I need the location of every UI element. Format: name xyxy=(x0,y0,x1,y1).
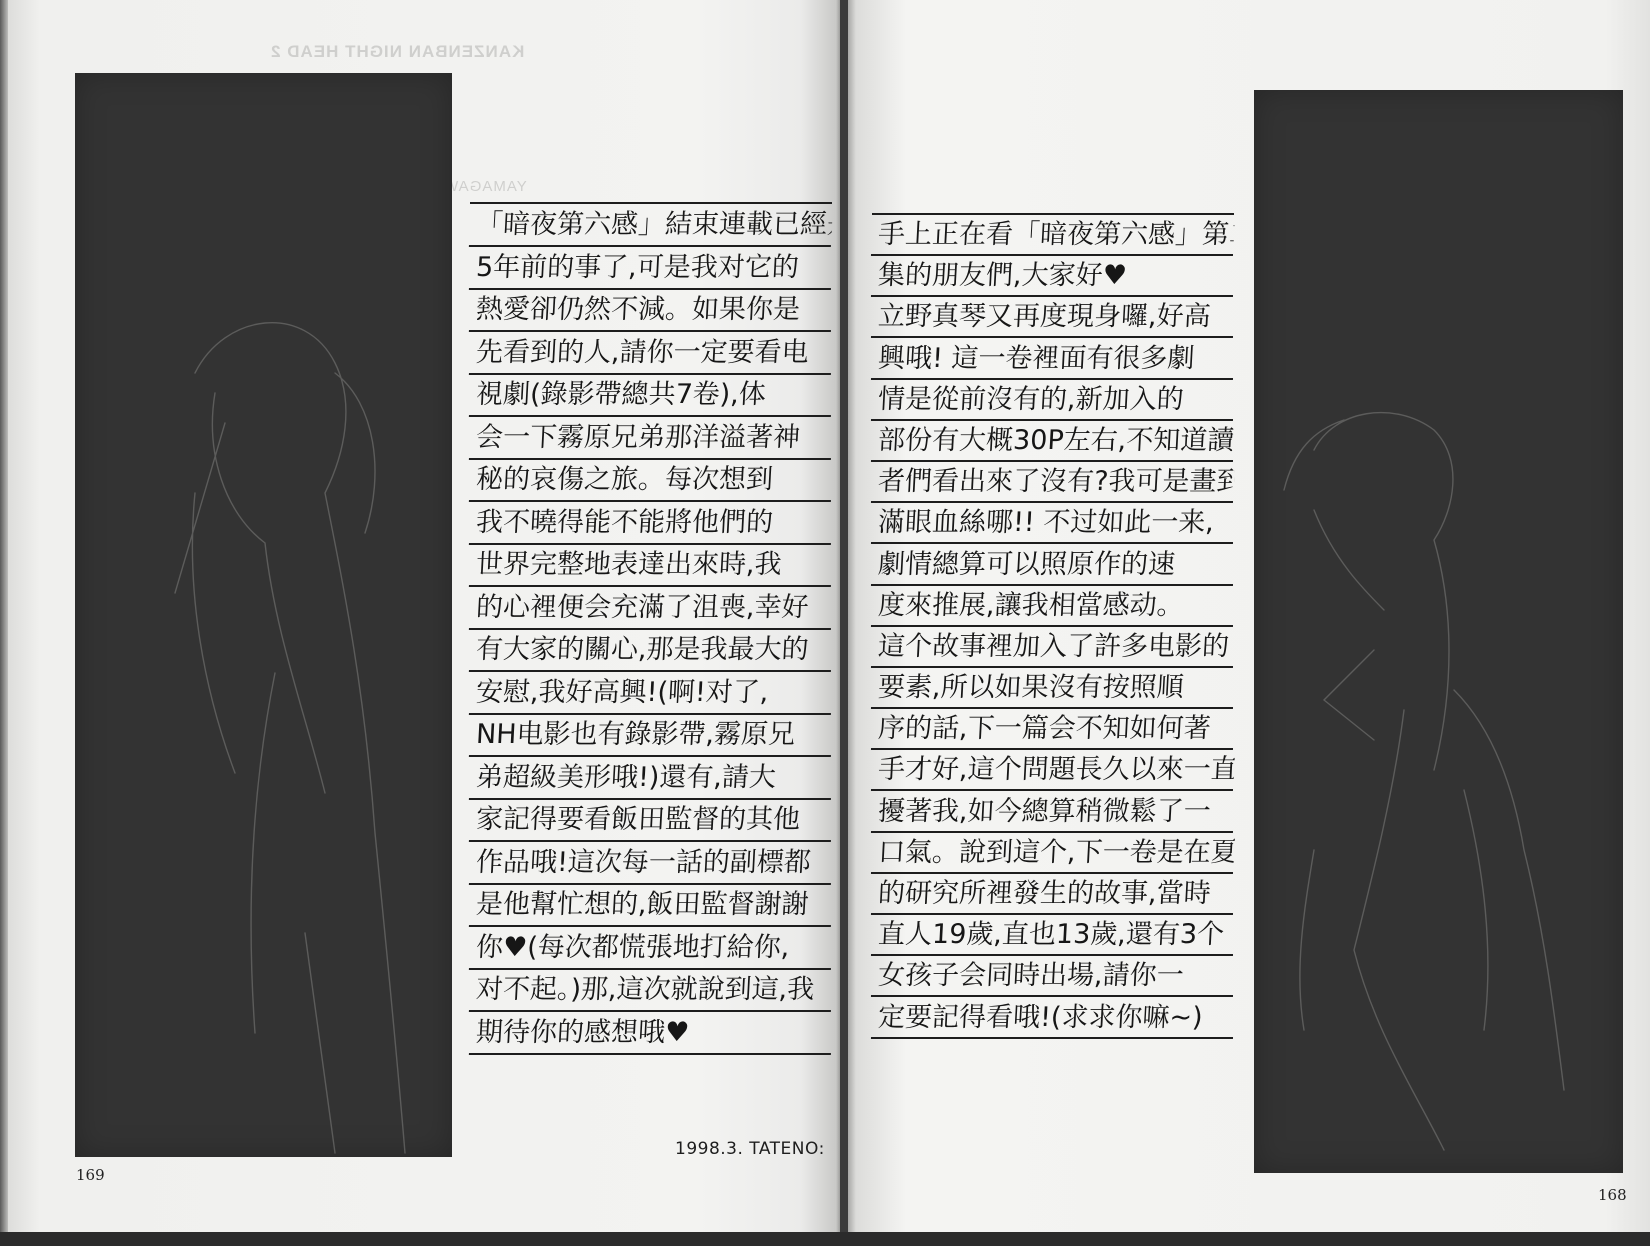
text-line: 会一下霧原兄弟那洋溢著神 xyxy=(469,417,833,460)
text-line: 先看到的人,請你一定要看电 xyxy=(469,332,833,375)
text-line: 劇情總算可以照原作的速 xyxy=(871,545,1235,586)
right-illustration-panel xyxy=(1254,90,1623,1173)
author-signature: 1998.3. TATENO: xyxy=(675,1139,825,1159)
text-line: 「暗夜第六感」結束連載已經是 xyxy=(469,204,833,247)
book-gutter xyxy=(840,0,848,1232)
text-line: 你♥(每次都慌張地打給你, xyxy=(469,927,833,970)
text-line: 的心裡便会充滿了沮喪,幸好 xyxy=(469,587,833,630)
text-line: 者們看出來了沒有?我可是畫到 xyxy=(871,462,1235,503)
text-line: 這个故事裡加入了許多电影的 xyxy=(871,627,1235,668)
text-line: 女孩子会同時出場,請你一 xyxy=(871,956,1235,997)
text-line: 集的朋友們,大家好♥ xyxy=(871,256,1235,297)
text-line: 滿眼血絲哪!! 不过如此一来, xyxy=(871,503,1235,544)
text-line: 熱愛卻仍然不減。如果你是 xyxy=(469,289,833,332)
scan-bottom-edge xyxy=(0,1232,1650,1246)
text-line: 家記得要看飯田監督的其他 xyxy=(469,799,833,842)
text-line: 对不起。)那,這次就說到這,我 xyxy=(469,969,833,1012)
text-line: 度來推展,讓我相當感动。 xyxy=(871,586,1235,627)
text-line: 直人19歲,直也13歲,還有3个 xyxy=(871,915,1235,956)
text-line: 期待你的感想哦♥ xyxy=(469,1012,833,1055)
text-line: 秘的哀傷之旅。每次想到 xyxy=(469,459,833,502)
left-handwritten-text: 「暗夜第六感」結束連載已經是 5年前的事了,可是我对它的 熱愛卻仍然不減。如果你… xyxy=(470,202,832,1054)
figure-sketch-icon xyxy=(75,73,452,1157)
right-handwritten-text: 手上正在看「暗夜第六感」第二 集的朋友們,大家好♥ 立野真琴又再度現身囉,好高 … xyxy=(872,213,1234,1039)
text-line: 定要記得看哦!(求求你嘛~) xyxy=(871,998,1235,1039)
book-spread: KANZENBAN NIGHT HEAD 2 first published Y… xyxy=(0,0,1650,1246)
text-line: NH电影也有錄影帶,霧原兄 xyxy=(469,714,833,757)
text-line: 視劇(錄影帶總共7卷),体 xyxy=(469,374,833,417)
text-line: 安慰,我好高興!(啊!对了, xyxy=(469,672,833,715)
text-line: 我不曉得能不能將他們的 xyxy=(469,502,833,545)
text-line: 手才好,這个問題長久以來一直困 xyxy=(871,750,1235,791)
text-line: 是他幫忙想的,飯田監督謝謝 xyxy=(469,884,833,927)
text-line: 興哦! 這一卷裡面有很多劇 xyxy=(871,339,1235,380)
text-line: 世界完整地表達出來時,我 xyxy=(469,544,833,587)
text-line: 要素,所以如果沒有按照順 xyxy=(871,668,1235,709)
page-edge-shadow xyxy=(0,0,8,1232)
page-number-right: 168 xyxy=(1598,1186,1627,1204)
text-line: 有大家的關心,那是我最大的 xyxy=(469,629,833,672)
text-line: 序的話,下一篇会不知如何著 xyxy=(871,709,1235,750)
text-line: 弟超級美形哦!)還有,請大 xyxy=(469,757,833,800)
text-line: 部份有大概30P左右,不知道讀 xyxy=(871,421,1235,462)
text-line: 作品哦!這次每一話的副標都 xyxy=(469,842,833,885)
figure-sketch-icon xyxy=(1254,90,1623,1173)
text-line: 5年前的事了,可是我对它的 xyxy=(469,247,833,290)
text-line: 口氣。說到這个,下一卷是在夏天 xyxy=(871,833,1235,874)
page-number-left: 169 xyxy=(76,1166,105,1184)
text-line: 立野真琴又再度現身囉,好高 xyxy=(871,297,1235,338)
text-line: 手上正在看「暗夜第六感」第二 xyxy=(871,215,1235,256)
text-line: 的研究所裡發生的故事,當時 xyxy=(871,874,1235,915)
left-illustration-panel xyxy=(75,73,452,1157)
text-line: 情是從前沒有的,新加入的 xyxy=(871,380,1235,421)
bleed-through-title: KANZENBAN NIGHT HEAD 2 xyxy=(270,42,524,62)
text-line: 擾著我,如今總算稍微鬆了一 xyxy=(871,792,1235,833)
